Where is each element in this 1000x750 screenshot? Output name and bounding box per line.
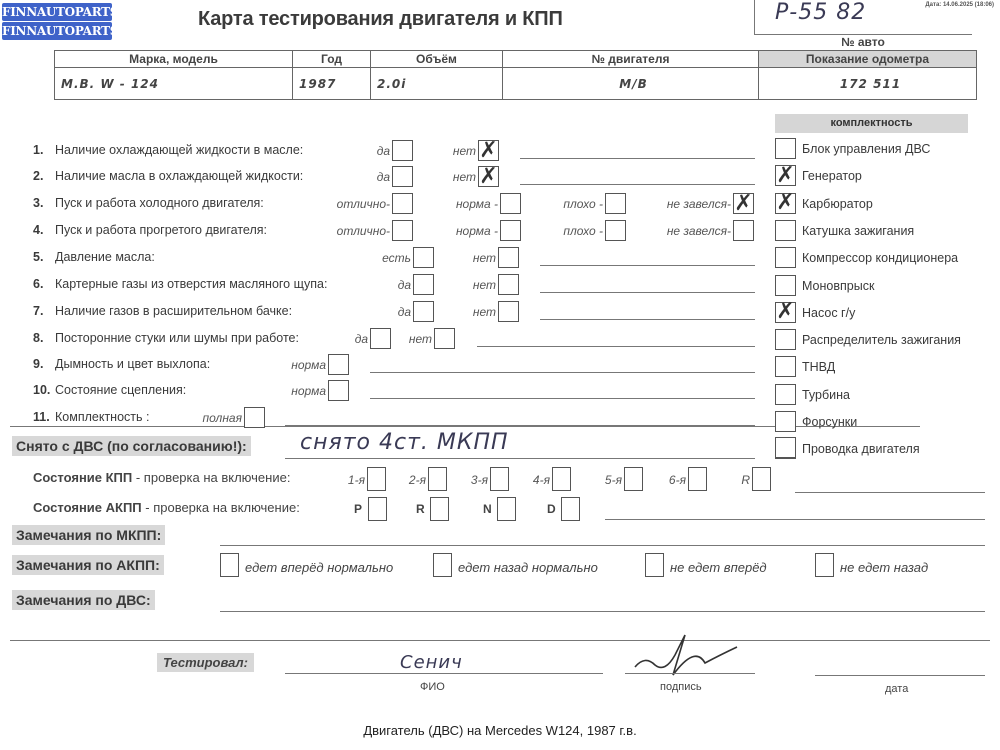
checkbox-8-2[interactable] [434,328,455,349]
check-item-4: 4.Пуск и работа прогретого двигателя: [33,223,267,237]
checkbox-4-4[interactable] [733,220,754,241]
notes-line[interactable] [520,184,755,185]
akpp-remark-label: едет вперёд нормально [245,560,393,575]
checkbox-9-1[interactable] [328,354,349,375]
akpp-gear-label: D [547,502,556,516]
logo: FINNAUTOPARTS [2,22,112,40]
odometer-value[interactable]: 172 511 [759,68,977,100]
completeness-item-label: Генератор [802,169,862,183]
gear-label: 3-я [430,473,488,487]
completeness-item-label: Карбюратор [802,197,873,211]
kpp-gear-R[interactable] [752,467,771,491]
gear-label: R [692,473,750,487]
completeness-checkbox-10[interactable] [775,384,796,405]
notes-line[interactable] [520,158,755,159]
date-stamp: Дата: 14.06.2025 (18:06) [925,2,994,8]
completeness-checkbox-4[interactable] [775,220,796,241]
completeness-item-label: Моновпрыск [802,279,874,293]
removed-value[interactable]: снято 4ст. МКПП [300,430,509,455]
akpp-remark-label: едет назад нормально [458,560,598,575]
notes-line[interactable] [540,265,755,266]
akpp-remark-label: не едет вперёд [670,560,767,575]
akpp-label: Состояние АКПП - проверка на включение: [33,500,300,515]
completeness-checkbox-3[interactable]: ✗ [775,193,796,214]
volume-value[interactable]: 2.0i [371,68,503,100]
checkbox-2-2[interactable]: ✗ [478,166,499,187]
col-odometer: Показание одометра [759,51,977,68]
gear-label: 5-я [564,473,622,487]
completeness-item-label: Катушка зажигания [802,224,914,238]
option-label: нет [360,278,496,292]
option-label: отлично- [240,197,390,211]
checkbox-7-2[interactable] [498,301,519,322]
tester-name[interactable]: Сенич [400,652,463,673]
completeness-item-label: ТНВД [802,360,835,374]
option-label: не завелся- [565,197,731,211]
notes-line[interactable] [285,425,755,426]
gear-label: 6-я [628,473,686,487]
gear-label: 4-я [492,473,550,487]
notes-line[interactable] [540,319,755,320]
completeness-checkbox-6[interactable] [775,275,796,296]
remarks-dvs-label: Замечания по ДВС: [12,590,155,610]
akpp-remark-label: не едет назад [840,560,928,575]
signature-label: подпись [660,681,702,693]
col-volume: Объём [371,51,503,68]
checkbox-1-2[interactable]: ✗ [478,140,499,161]
akpp-remark-checkbox-4[interactable] [815,553,834,577]
option-label: норма [190,358,326,372]
option-label: нет [320,332,432,346]
check-item-9: 9.Дымность и цвет выхлопа: [33,357,210,371]
check-item-1: 1.Наличие охлаждающей жидкости в масле: [33,143,303,157]
completeness-checkbox-9[interactable] [775,356,796,377]
option-label: нет [360,251,496,265]
engine-number-value[interactable]: М/В [503,68,759,100]
akpp-gear-D[interactable] [561,497,580,521]
auto-number-value: Р-55 82 [775,0,866,25]
completeness-item-label: Насос г/у [802,306,855,320]
option-label: не завелся- [565,224,731,238]
checkbox-3-4[interactable]: ✗ [733,193,754,214]
signature [625,625,745,680]
notes-line[interactable] [370,372,755,373]
completeness-item-label: Проводка двигателя [802,442,920,456]
completeness-item-label: Турбина [802,388,850,402]
check-item-5: 5.Давление масла: [33,250,155,264]
akpp-gear-label: R [416,502,425,516]
col-year: Год [293,51,371,68]
notes-line[interactable] [370,398,755,399]
akpp-gear-label: P [354,502,362,516]
akpp-gear-P[interactable] [368,497,387,521]
logo: FINNAUTOPARTS [2,3,112,21]
completeness-item-label: Компрессор кондиционера [802,251,958,265]
option-label: полная [100,411,242,425]
remarks-mkpp-label: Замечания по МКПП: [12,525,165,545]
akpp-gear-label: N [483,502,492,516]
option-label: отлично- [240,224,390,238]
checkbox-10-1[interactable] [328,380,349,401]
remarks-akpp-label: Замечания по АКПП: [12,555,164,575]
brand-value[interactable]: М.В. W - 124 [55,68,293,100]
completeness-checkbox-1[interactable] [775,138,796,159]
completeness-checkbox-11[interactable] [775,411,796,432]
checkbox-6-2[interactable] [498,274,519,295]
notes-line[interactable] [540,292,755,293]
akpp-gear-N[interactable] [497,497,516,521]
kpp-label: Состояние КПП - проверка на включение: [33,470,290,485]
caption: Двигатель (ДВС) на Mercedes W124, 1987 г… [0,723,1000,738]
fio-label: ФИО [420,681,445,693]
check-item-10: 10.Состояние сцепления: [33,383,186,397]
checkbox-5-2[interactable] [498,247,519,268]
tested-label: Тестировал: [157,653,254,672]
removed-label: Снято с ДВС (по согласованию!): [12,436,251,456]
completeness-checkbox-2[interactable]: ✗ [775,165,796,186]
completeness-item-label: Распределитель зажигания [802,333,961,347]
akpp-remark-checkbox-2[interactable] [433,553,452,577]
completeness-item-label: Блок управления ДВС [802,142,930,156]
option-label: нет [360,170,476,184]
gear-label: 1-я [307,473,365,487]
completeness-checkbox-5[interactable] [775,247,796,268]
date-label: дата [885,683,908,695]
page-title: Карта тестирования двигателя и КПП [198,8,563,31]
gear-label: 2-я [368,473,426,487]
completeness-checkbox-7[interactable]: ✗ [775,302,796,323]
checkbox-11-1[interactable] [244,407,265,428]
completeness-item-label: Форсунки [802,415,857,429]
option-label: нет [360,305,496,319]
check-item-3: 3.Пуск и работа холодного двигателя: [33,196,264,210]
akpp-remark-checkbox-1[interactable] [220,553,239,577]
option-label: нет [360,144,476,158]
auto-number-label: № авто [754,35,972,49]
col-brand: Марка, модель [55,51,293,68]
year-value[interactable]: 1987 [293,68,371,100]
check-item-6: 6.Картерные газы из отверстия масляного … [33,277,327,291]
completeness-checkbox-extra[interactable] [775,437,796,458]
check-item-7: 7.Наличие газов в расширительном бачке: [33,304,292,318]
col-engine-number: № двигателя [503,51,759,68]
option-label: норма [190,384,326,398]
akpp-gear-R[interactable] [430,497,449,521]
akpp-remark-checkbox-3[interactable] [645,553,664,577]
vehicle-table: Марка, модель Год Объём № двигателя Пока… [54,50,977,100]
completeness-checkbox-8[interactable] [775,329,796,350]
completeness-header: комплектность [775,114,968,133]
notes-line[interactable] [477,346,755,347]
check-item-2: 2.Наличие масла в охлаждающей жидкости: [33,169,303,183]
